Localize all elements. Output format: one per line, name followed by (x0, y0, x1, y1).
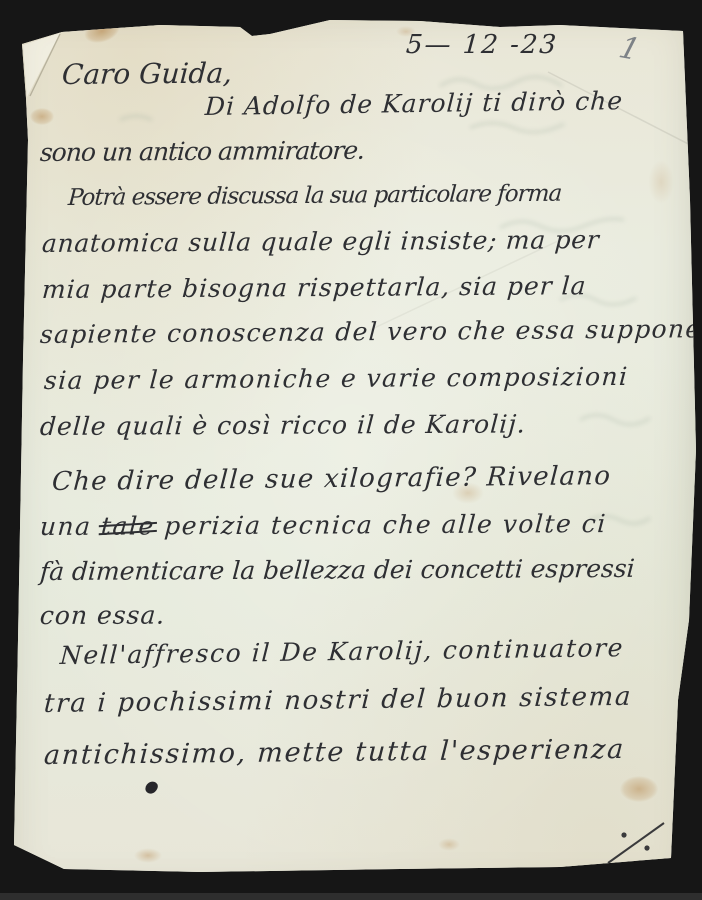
stain (438, 838, 460, 851)
letter-line: Nell'affresco il De Karolij, continuator… (59, 633, 625, 670)
letter-line: sono un antico ammiratore. (39, 136, 365, 167)
stain (134, 848, 162, 863)
stain (30, 108, 54, 125)
stain (81, 15, 122, 47)
letter-line: Che dire delle sue xilografie? Rivelano (51, 461, 612, 497)
letter-line: anatomica sulla quale egli insiste; ma p… (41, 225, 600, 258)
paper-creases (0, 0, 702, 900)
page-number: 1 (615, 31, 644, 68)
letter-line: Caro Guida, (61, 57, 233, 92)
letter-line: mia parte bisogna rispettarla, sia per l… (41, 271, 587, 304)
letter-line: delle quali è così ricco il de Karolij. (39, 409, 527, 441)
letter-line: fà dimenticare la bellezza dei concetti … (39, 554, 636, 586)
scan-background: 5— 12 -23 1 Caro Guida,Di Adolfo de Karo… (0, 0, 702, 900)
stain (396, 26, 416, 37)
letter-line: antichissimo, mette tutta l'esperienza (43, 734, 626, 771)
letter-line: una tale perizia tecnica che alle volte … (39, 509, 608, 541)
letter-line: sia per le armoniche e varie composizion… (43, 362, 629, 395)
stain (648, 160, 674, 204)
letter-line: tra i pochissimi nostri del buon sistema (43, 682, 633, 719)
stain (620, 776, 658, 802)
letter-line: Di Adolfo de Karolij ti dirò che (204, 86, 624, 121)
torn-corner-fold (0, 0, 702, 900)
stain (452, 482, 484, 504)
letter-page: 5— 12 -23 1 Caro Guida,Di Adolfo de Karo… (0, 0, 702, 900)
letter-line: Potrà essere discussa la sua particolare… (67, 181, 562, 211)
struck-word: tale (100, 511, 156, 540)
letter-line: con essa. (39, 601, 166, 630)
letter-date: 5— 12 -23 (405, 30, 559, 60)
ink-blot (143, 779, 160, 796)
continuation-mark (600, 815, 675, 870)
letter-line: sapiente conoscenza del vero che essa su… (39, 314, 702, 349)
